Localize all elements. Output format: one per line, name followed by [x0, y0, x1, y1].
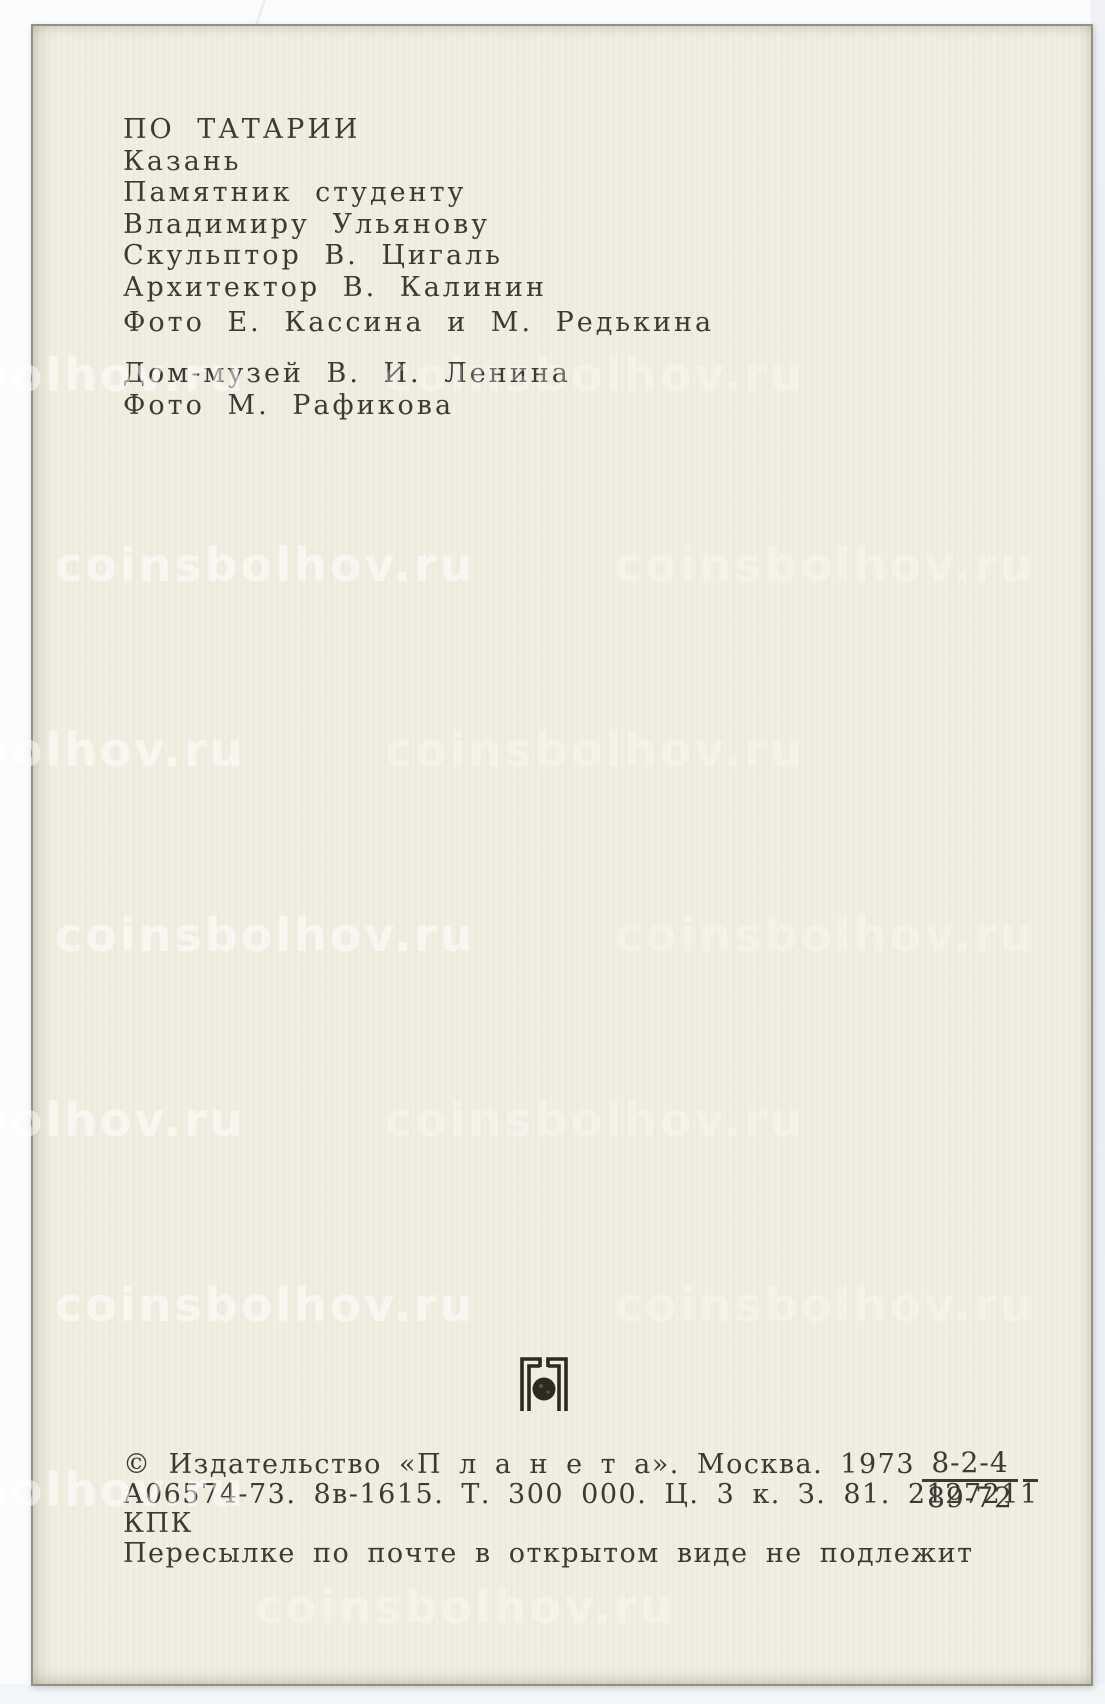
fraction-bar — [922, 1479, 1018, 1482]
edition-code-denominator: 89-72 — [922, 1484, 1018, 1512]
museum-caption-block: Дом-музей В. И. Ленина Фото М. Рафикова — [123, 358, 571, 422]
imprint-mailing-notice: Пересылке по почте в открытом виде не по… — [123, 1539, 1039, 1569]
planeta-publisher-logo-icon — [517, 1352, 571, 1412]
caption-photographers: Фото Е. Кассина и М. Редькина — [123, 307, 714, 339]
edition-code-fraction: 8-2-4 89-72 — [922, 1449, 1018, 1512]
imprint-printer-code: КПК — [123, 1509, 1039, 1539]
caption-block: ПО ТАТАРИИ Казань Памятник студенту Влад… — [123, 114, 714, 339]
caption-subject-line2: Владимиру Ульянову — [123, 209, 714, 241]
caption-city: Казань — [123, 146, 714, 178]
caption-series-title: ПО ТАТАРИИ — [123, 114, 714, 146]
edition-code-numerator: 8-2-4 — [922, 1449, 1018, 1477]
caption-sculptor: Скульптор В. Цигаль — [123, 240, 714, 272]
caption-subject-line1: Памятник студенту — [123, 177, 714, 209]
imprint-block: © Издательство «П л а н е т а». Москва. … — [123, 1450, 1039, 1568]
imprint-catalog-number: А06574-73. 8в-1615. Т. 300 000. Ц. 3 к. … — [123, 1480, 1039, 1510]
museum-title: Дом-музей В. И. Ленина — [123, 358, 571, 390]
scanner-background-right — [1091, 0, 1105, 1704]
imprint-copyright: © Издательство «П л а н е т а». Москва. … — [123, 1450, 1039, 1480]
scan-page: ПО ТАТАРИИ Казань Памятник студенту Влад… — [0, 0, 1105, 1704]
scanner-background-bottom — [0, 1684, 1105, 1704]
museum-photographer: Фото М. Рафикова — [123, 390, 571, 422]
caption-architect: Архитектор В. Калинин — [123, 272, 714, 304]
